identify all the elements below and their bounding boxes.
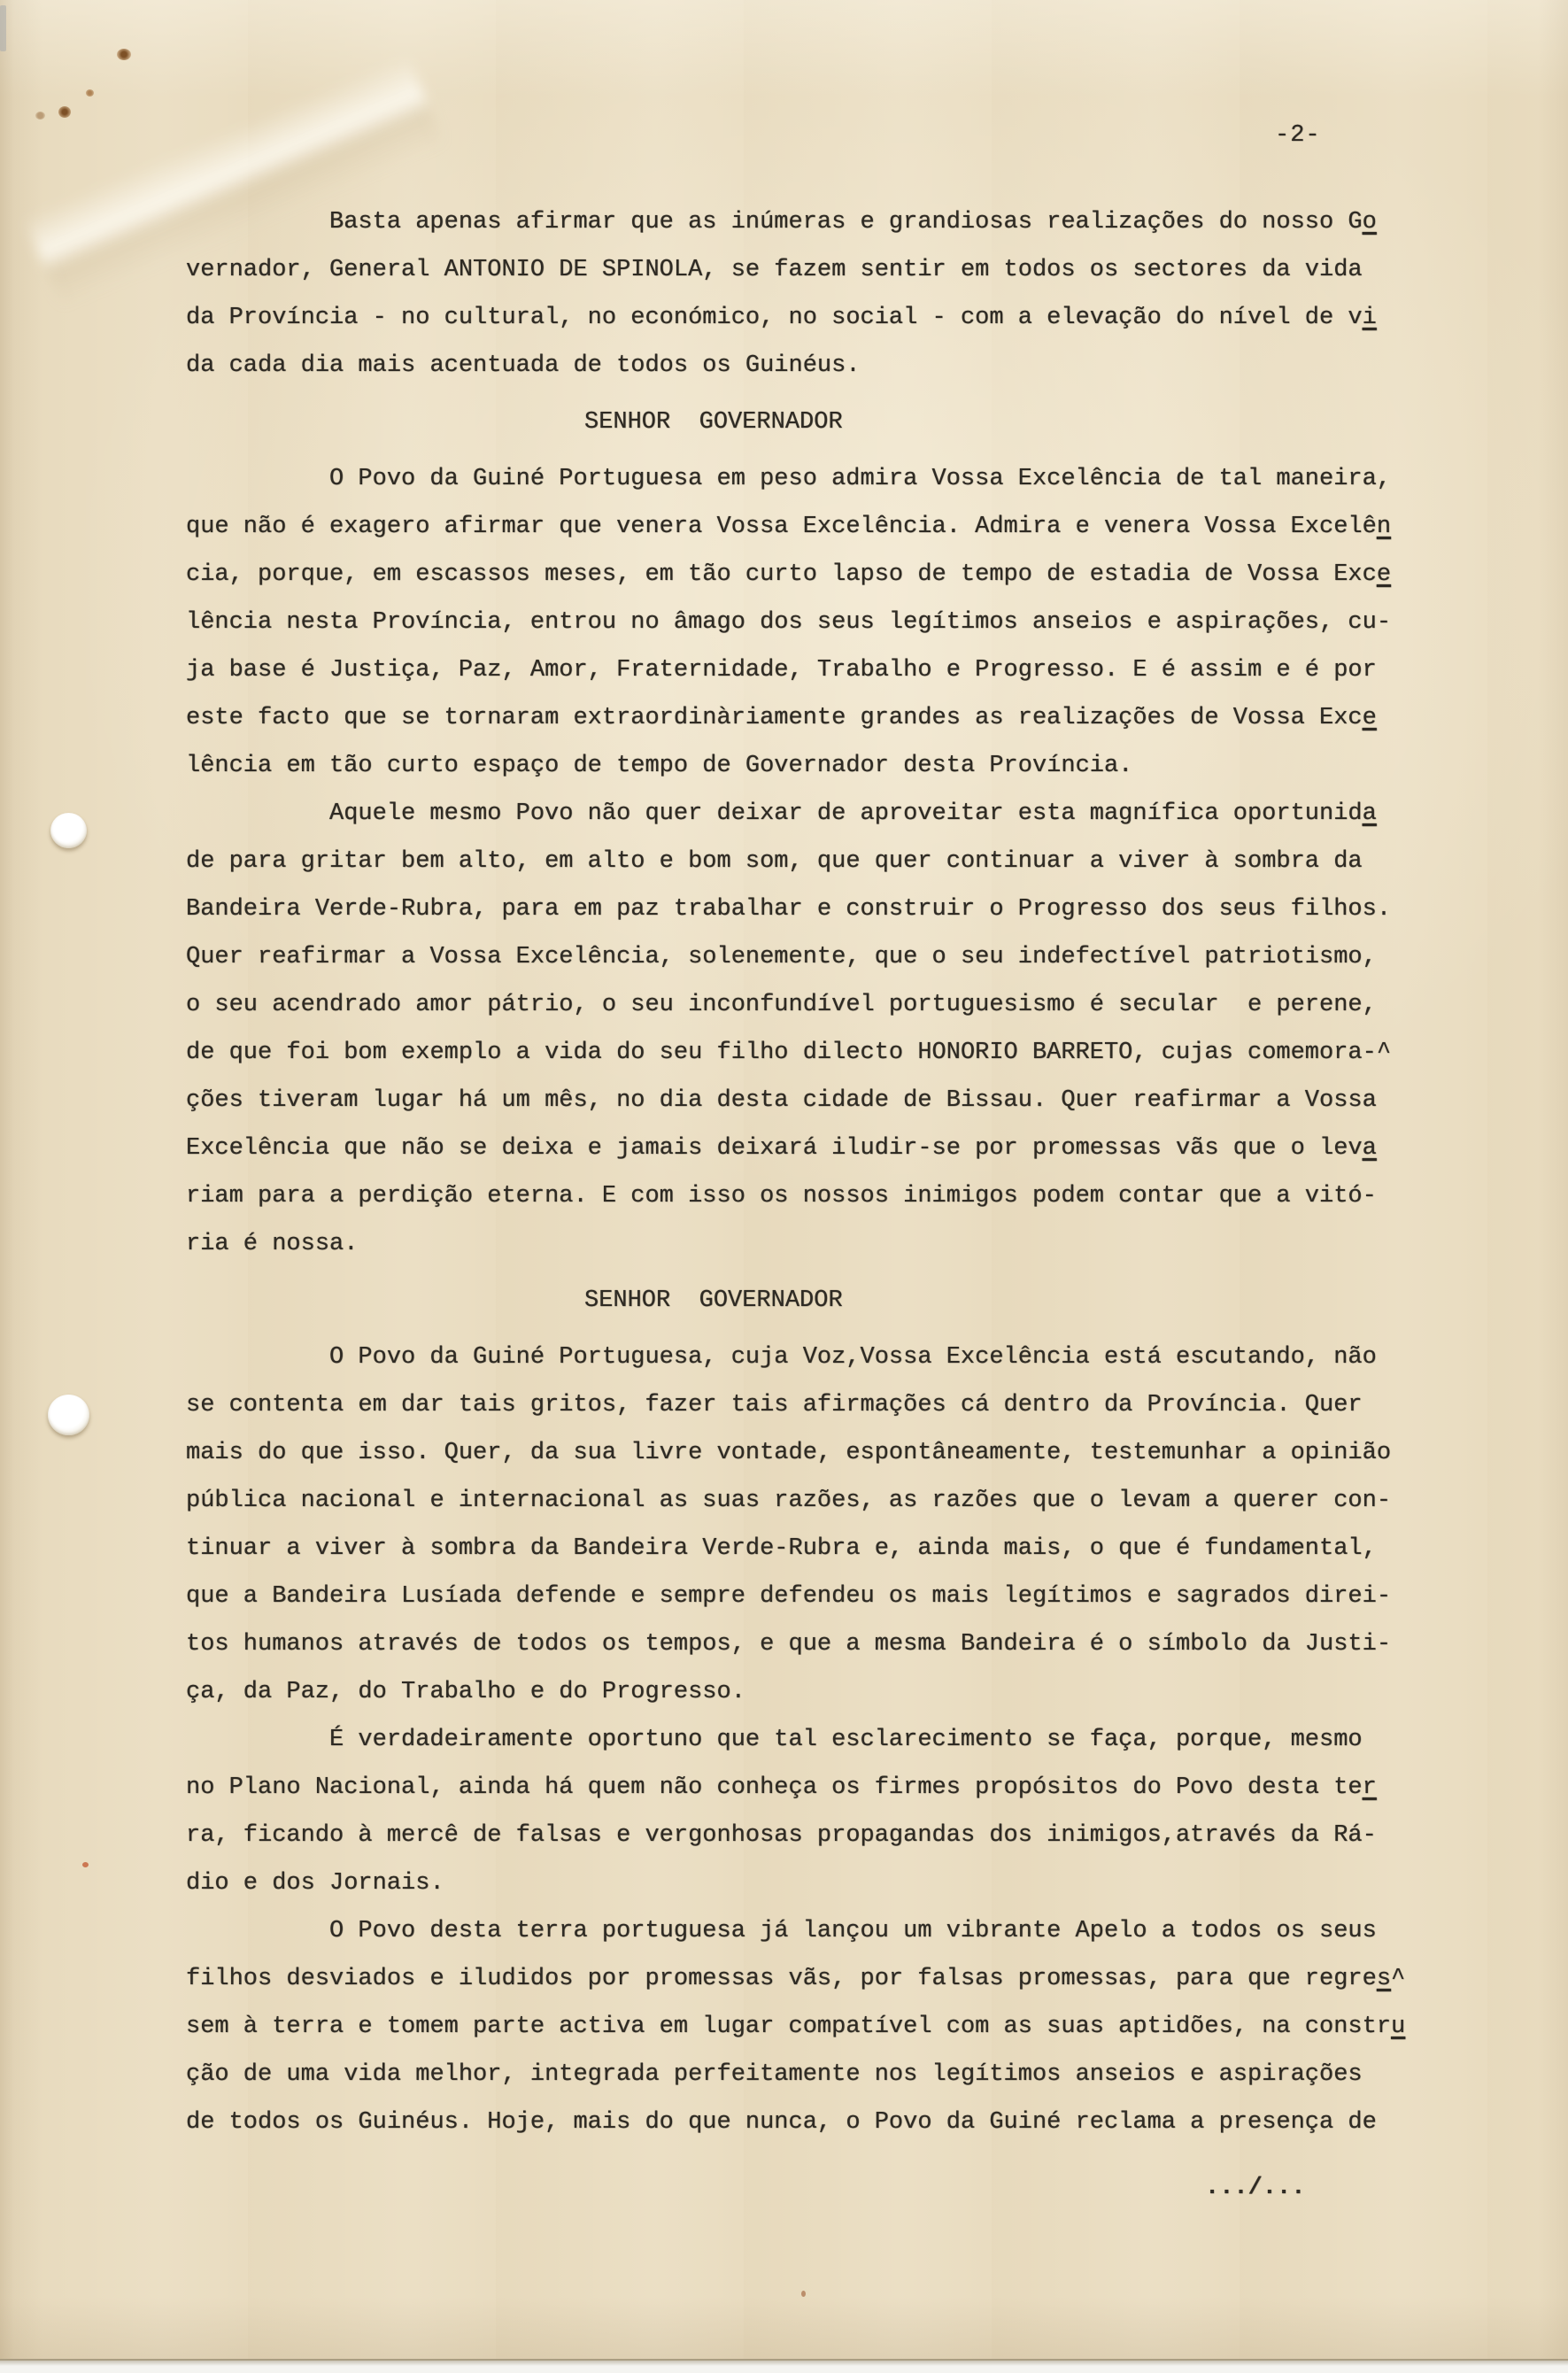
paragraph: O Povo desta terra portuguesa já lançou … [186, 1907, 1532, 2146]
text-line: ça, da Paz, do Trabalho e do Progresso. [186, 1668, 1532, 1716]
text-line: Aquele mesmo Povo não quer deixar de apr… [186, 790, 1532, 838]
rust-mark [117, 49, 131, 60]
text-line: que não é exagero afirmar que venera Vos… [186, 503, 1532, 551]
text-line: Quer reafirmar a Vossa Excelência, solen… [186, 933, 1532, 981]
document-body: Basta apenas afirmar que as inúmeras e g… [186, 198, 1532, 2212]
underlined-letter: a [1363, 800, 1377, 827]
underlined-letter: i [1363, 305, 1377, 331]
paragraph: O Povo da Guiné Portuguesa, cuja Voz,Vos… [186, 1333, 1532, 1716]
underlined-letter: n [1377, 514, 1391, 540]
section-heading: SENHOR GOVERNADOR [186, 398, 1532, 446]
underlined-letter: e [1363, 705, 1377, 731]
text-line: pública nacional e internacional as suas… [186, 1477, 1532, 1525]
text-line: ria é nossa. [186, 1220, 1532, 1268]
text-line: de que foi bom exemplo a vida do seu fil… [186, 1029, 1532, 1077]
underlined-letter: a [1363, 1135, 1377, 1162]
text-line: mais do que isso. Quer, da sua livre von… [186, 1429, 1532, 1477]
text-line: ção de uma vida melhor, integrada perfei… [186, 2051, 1532, 2099]
rust-mark [35, 112, 45, 120]
page-number: -2- [1275, 122, 1321, 149]
underlined-letter: o [1363, 209, 1377, 236]
text-line: sem à terra e tomem parte activa em luga… [186, 2003, 1532, 2051]
scanner-bed-strip [0, 2361, 1568, 2373]
paper-speck [82, 1862, 89, 1867]
text-line: O Povo da Guiné Portuguesa, cuja Voz,Vos… [186, 1333, 1532, 1381]
text-line: tos humanos através de todos os tempos, … [186, 1620, 1532, 1668]
rust-mark [86, 89, 94, 97]
text-line: vernador, General ANTONIO DE SPINOLA, se… [186, 246, 1532, 294]
paragraph: É verdadeiramente oportuno que tal escla… [186, 1716, 1532, 1907]
section-heading: SENHOR GOVERNADOR [186, 1277, 1532, 1325]
text-line: filhos desviados e iludidos por promessa… [186, 1955, 1532, 2003]
text-line: o seu acendrado amor pátrio, o seu incon… [186, 981, 1532, 1029]
text-line: É verdadeiramente oportuno que tal escla… [186, 1716, 1532, 1764]
text-line: ja base é Justiça, Paz, Amor, Fraternida… [186, 646, 1532, 694]
text-line: tinuar a viver à sombra da Bandeira Verd… [186, 1525, 1532, 1573]
text-line: da cada dia mais acentuada de todos os G… [186, 342, 1532, 390]
punch-hole-icon [48, 1395, 89, 1435]
text-line: O Povo da Guiné Portuguesa em peso admir… [186, 455, 1532, 503]
paper-sheet: -2- Basta apenas afirmar que as inúmeras… [0, 0, 1568, 2361]
paragraph: O Povo da Guiné Portuguesa em peso admir… [186, 455, 1532, 790]
text-line: de todos os Guinéus. Hoje, mais do que n… [186, 2099, 1532, 2146]
text-line: da Província - no cultural, no económico… [186, 294, 1532, 342]
text-line: Bandeira Verde-Rubra, para em paz trabal… [186, 885, 1532, 933]
text-line: Basta apenas afirmar que as inúmeras e g… [186, 198, 1532, 246]
underlined-letter: e [1377, 561, 1391, 588]
text-line: riam para a perdição eterna. E com isso … [186, 1172, 1532, 1220]
scanned-document-page: -2- Basta apenas afirmar que as inúmeras… [0, 0, 1568, 2373]
text-line: se contenta em dar tais gritos, fazer ta… [186, 1381, 1532, 1429]
text-line: ra, ficando à mercê de falsas e vergonho… [186, 1812, 1532, 1859]
text-line: que a Bandeira Lusíada defende e sempre … [186, 1573, 1532, 1620]
continuation-mark: .../... [186, 2164, 1532, 2212]
paper-speck [801, 2291, 806, 2297]
text-line: dio e dos Jornais. [186, 1859, 1532, 1907]
text-line: de para gritar bem alto, em alto e bom s… [186, 838, 1532, 885]
rust-mark [58, 106, 71, 118]
underlined-letter: u [1391, 2014, 1405, 2040]
underlined-letter: r [1363, 1774, 1377, 1801]
text-line: ções tiveram lugar há um mês, no dia des… [186, 1077, 1532, 1125]
paragraph: Aquele mesmo Povo não quer deixar de apr… [186, 790, 1532, 1268]
underlined-letter: s [1377, 1966, 1391, 1992]
text-line: cia, porque, em escassos meses, em tão c… [186, 551, 1532, 599]
text-line: Excelência que não se deixa e jamais dei… [186, 1125, 1532, 1172]
text-line: lência nesta Província, entrou no âmago … [186, 599, 1532, 646]
paragraph: Basta apenas afirmar que as inúmeras e g… [186, 198, 1532, 390]
scanner-edge-sliver [0, 5, 6, 51]
text-line: O Povo desta terra portuguesa já lançou … [186, 1907, 1532, 1955]
text-line: no Plano Nacional, ainda há quem não con… [186, 1764, 1532, 1812]
text-line: lência em tão curto espaço de tempo de G… [186, 742, 1532, 790]
text-line: este facto que se tornaram extraordinàri… [186, 694, 1532, 742]
punch-hole-icon [50, 813, 87, 848]
